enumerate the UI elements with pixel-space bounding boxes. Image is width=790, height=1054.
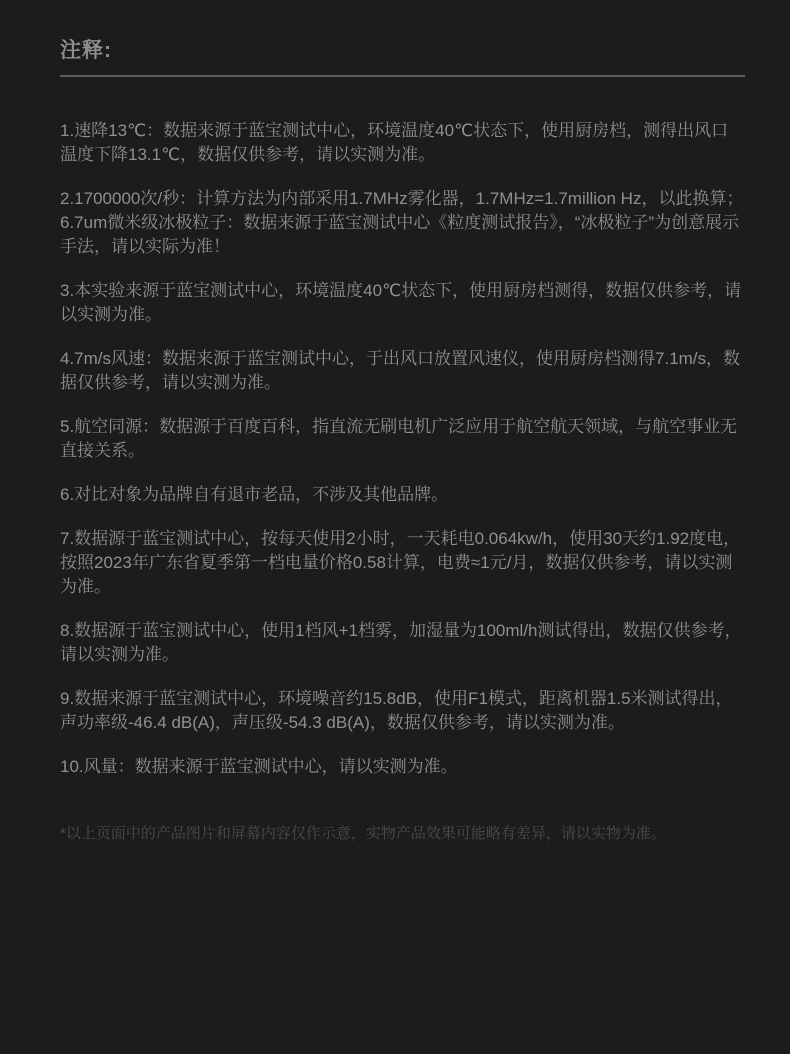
note-item-10: 10.风量：数据来源于蓝宝测试中心，请以实测为准。: [60, 755, 745, 779]
note-item-6: 6.对比对象为品牌自有退市老品，不涉及其他品牌。: [60, 483, 745, 507]
page-title: 注释:: [60, 38, 745, 64]
notes-page: 注释: 1.速降13℃：数据来源于蓝宝测试中心，环境温度40℃状态下，使用厨房档…: [0, 0, 790, 1054]
notes-section: 1.速降13℃：数据来源于蓝宝测试中心，环境温度40℃状态下，使用厨房档，测得出…: [60, 119, 745, 779]
note-item-8: 8.数据源于蓝宝测试中心，使用1档风+1档雾，加湿量为100ml/h测试得出，数…: [60, 619, 745, 667]
note-item-2: 2.1700000次/秒：计算方法为内部采用1.7MHz雾化器，1.7MHz=1…: [60, 187, 745, 259]
note-item-7: 7.数据源于蓝宝测试中心，按每天使用2小时，一天耗电0.064kw/h，使用30…: [60, 527, 745, 599]
note-item-4: 4.7m/s风速：数据来源于蓝宝测试中心，于出风口放置风速仪，使用厨房档测得7.…: [60, 347, 745, 395]
title-divider: [60, 75, 745, 77]
note-item-1: 1.速降13℃：数据来源于蓝宝测试中心，环境温度40℃状态下，使用厨房档，测得出…: [60, 119, 745, 167]
footer-disclaimer: *以上页面中的产品图片和屏幕内容仅作示意，实物产品效果可能略有差异，请以实物为准…: [60, 824, 745, 844]
note-item-9: 9.数据来源于蓝宝测试中心，环境噪音约15.8dB，使用F1模式，距离机器1.5…: [60, 687, 745, 735]
note-item-5: 5.航空同源：数据源于百度百科，指直流无刷电机广泛应用于航空航天领域，与航空事业…: [60, 415, 745, 463]
note-item-3: 3.本实验来源于蓝宝测试中心，环境温度40℃状态下，使用厨房档测得，数据仅供参考…: [60, 279, 745, 327]
